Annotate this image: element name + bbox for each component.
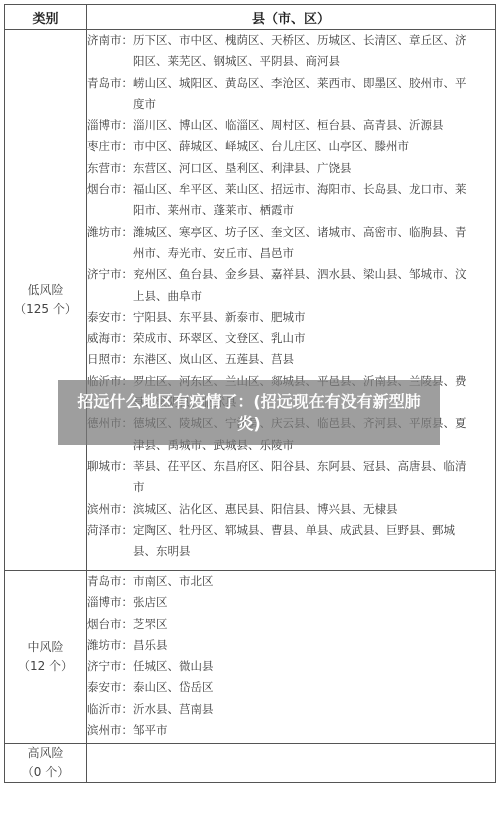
category-count: （12 个） — [5, 657, 86, 676]
medium-risk-list: 青岛市：市南区、市北区 淄博市：张店区 烟台市：芝罘区 潍坊市：昌乐县 济宁市：… — [87, 571, 496, 744]
list-item: 青岛市：市南区、市北区 — [87, 571, 495, 592]
category-count: （0 个） — [5, 763, 86, 782]
category-label: 高风险 — [5, 744, 86, 763]
district-list: 沂水县、莒南县 — [133, 699, 495, 720]
list-item: 济宁市：任城区、微山县 — [87, 656, 495, 677]
header-areas: 县（市、区） — [87, 5, 496, 30]
city-name: 济宁市： — [87, 264, 133, 307]
district-list: 潍城区、寒亭区、坊子区、奎文区、诸城市、高密市、临朐县、青州市、寿光市、安丘市、… — [133, 222, 495, 265]
list-item: 聊城市：莘县、茌平区、东昌府区、阳谷县、东阿县、冠县、高唐县、临清市 — [87, 456, 495, 499]
district-list: 荣成市、环翠区、文登区、乳山市 — [133, 328, 495, 349]
list-item: 烟台市：福山区、牟平区、莱山区、招远市、海阳市、长岛县、龙口市、莱阳市、莱州市、… — [87, 179, 495, 222]
city-name: 烟台市： — [87, 179, 133, 222]
city-name: 济南市： — [87, 30, 133, 73]
city-name: 青岛市： — [87, 73, 133, 116]
list-item: 临沂市：沂水县、莒南县 — [87, 699, 495, 720]
district-list: 淄川区、博山区、临淄区、周村区、桓台县、高青县、沂源县 — [133, 115, 495, 136]
district-list: 泰山区、岱岳区 — [133, 677, 495, 698]
district-list: 崂山区、城阳区、黄岛区、李沧区、莱西市、即墨区、胶州市、平度市 — [133, 73, 495, 116]
list-item: 济南市：历下区、市中区、槐荫区、天桥区、历城区、长清区、章丘区、济阳区、莱芜区、… — [87, 30, 495, 73]
district-list: 东营区、河口区、垦利区、利津县、广饶县 — [133, 158, 495, 179]
district-list: 张店区 — [133, 592, 495, 613]
low-risk-list: 济南市：历下区、市中区、槐荫区、天桥区、历城区、长清区、章丘区、济阳区、莱芜区、… — [87, 30, 496, 571]
low-risk-row: 低风险 （125 个） 济南市：历下区、市中区、槐荫区、天桥区、历城区、长清区、… — [5, 30, 496, 571]
district-list: 昌乐县 — [133, 635, 495, 656]
city-name: 滨州市： — [87, 720, 133, 741]
list-item: 淄博市：淄川区、博山区、临淄区、周村区、桓台县、高青县、沂源县 — [87, 115, 495, 136]
list-item: 泰安市：泰山区、岱岳区 — [87, 677, 495, 698]
city-name: 潍坊市： — [87, 635, 133, 656]
list-item: 威海市：荣成市、环翠区、文登区、乳山市 — [87, 328, 495, 349]
list-item: 滨州市：邹平市 — [87, 720, 495, 741]
city-name: 潍坊市： — [87, 222, 133, 265]
district-list: 任城区、微山县 — [133, 656, 495, 677]
list-item: 济宁市：兖州区、鱼台县、金乡县、嘉祥县、泗水县、梁山县、邹城市、汶上县、曲阜市 — [87, 264, 495, 307]
high-risk-row: 高风险 （0 个） — [5, 744, 496, 783]
city-name: 淄博市： — [87, 115, 133, 136]
city-name: 泰安市： — [87, 307, 133, 328]
district-list: 历下区、市中区、槐荫区、天桥区、历城区、长清区、章丘区、济阳区、莱芜区、钢城区、… — [133, 30, 495, 73]
high-risk-list — [87, 744, 496, 783]
city-name: 菏泽市： — [87, 520, 133, 563]
city-name: 烟台市： — [87, 614, 133, 635]
district-list: 定陶区、牡丹区、郓城县、曹县、单县、成武县、巨野县、鄄城县、东明县 — [133, 520, 495, 563]
category-count: （125 个） — [5, 300, 86, 319]
list-item: 日照市：东港区、岚山区、五莲县、莒县 — [87, 349, 495, 370]
city-name: 滨州市： — [87, 499, 133, 520]
header-category: 类别 — [5, 5, 87, 30]
medium-risk-row: 中风险 （12 个） 青岛市：市南区、市北区 淄博市：张店区 烟台市：芝罘区 潍… — [5, 571, 496, 744]
list-item: 烟台市：芝罘区 — [87, 614, 495, 635]
city-name: 威海市： — [87, 328, 133, 349]
city-name: 聊城市： — [87, 456, 133, 499]
district-list: 芝罘区 — [133, 614, 495, 635]
low-risk-category: 低风险 （125 个） — [5, 30, 87, 571]
district-list: 福山区、牟平区、莱山区、招远市、海阳市、长岛县、龙口市、莱阳市、莱州市、蓬莱市、… — [133, 179, 495, 222]
medium-risk-category: 中风险 （12 个） — [5, 571, 87, 744]
list-item: 淄博市：张店区 — [87, 592, 495, 613]
district-list: 市南区、市北区 — [133, 571, 495, 592]
district-list: 滨城区、沾化区、惠民县、阳信县、博兴县、无棣县 — [133, 499, 495, 520]
district-list: 东港区、岚山区、五莲县、莒县 — [133, 349, 495, 370]
list-item: 枣庄市：市中区、薛城区、峄城区、台儿庄区、山亭区、滕州市 — [87, 136, 495, 157]
list-item: 青岛市：崂山区、城阳区、黄岛区、李沧区、莱西市、即墨区、胶州市、平度市 — [87, 73, 495, 116]
list-item: 滨州市：滨城区、沾化区、惠民县、阳信县、博兴县、无棣县 — [87, 499, 495, 520]
city-name: 枣庄市： — [87, 136, 133, 157]
city-name: 泰安市： — [87, 677, 133, 698]
list-item: 潍坊市：潍城区、寒亭区、坊子区、奎文区、诸城市、高密市、临朐县、青州市、寿光市、… — [87, 222, 495, 265]
list-item: 泰安市：宁阳县、东平县、新泰市、肥城市 — [87, 307, 495, 328]
category-label: 中风险 — [5, 638, 86, 657]
district-list: 兖州区、鱼台县、金乡县、嘉祥县、泗水县、梁山县、邹城市、汶上县、曲阜市 — [133, 264, 495, 307]
district-list: 邹平市 — [133, 720, 495, 741]
city-name: 淄博市： — [87, 592, 133, 613]
category-label: 低风险 — [5, 281, 86, 300]
city-name: 青岛市： — [87, 571, 133, 592]
city-name: 济宁市： — [87, 656, 133, 677]
city-name: 东营市： — [87, 158, 133, 179]
district-list: 市中区、薛城区、峄城区、台儿庄区、山亭区、滕州市 — [133, 136, 495, 157]
city-name: 日照市： — [87, 349, 133, 370]
city-name: 临沂市： — [87, 699, 133, 720]
high-risk-category: 高风险 （0 个） — [5, 744, 87, 783]
list-item: 潍坊市：昌乐县 — [87, 635, 495, 656]
table-header-row: 类别 县（市、区） — [5, 5, 496, 30]
list-item: 东营市：东营区、河口区、垦利区、利津县、广饶县 — [87, 158, 495, 179]
caption-overlay: 招远什么地区有疫情了：(招远现在有没有新型肺炎) — [58, 380, 440, 445]
district-list: 宁阳县、东平县、新泰市、肥城市 — [133, 307, 495, 328]
list-item: 菏泽市：定陶区、牡丹区、郓城县、曹县、单县、成武县、巨野县、鄄城县、东明县 — [87, 520, 495, 563]
caption-text: 招远什么地区有疫情了：(招远现在有没有新型肺炎) — [69, 391, 429, 435]
district-list: 莘县、茌平区、东昌府区、阳谷县、东阿县、冠县、高唐县、临清市 — [133, 456, 495, 499]
